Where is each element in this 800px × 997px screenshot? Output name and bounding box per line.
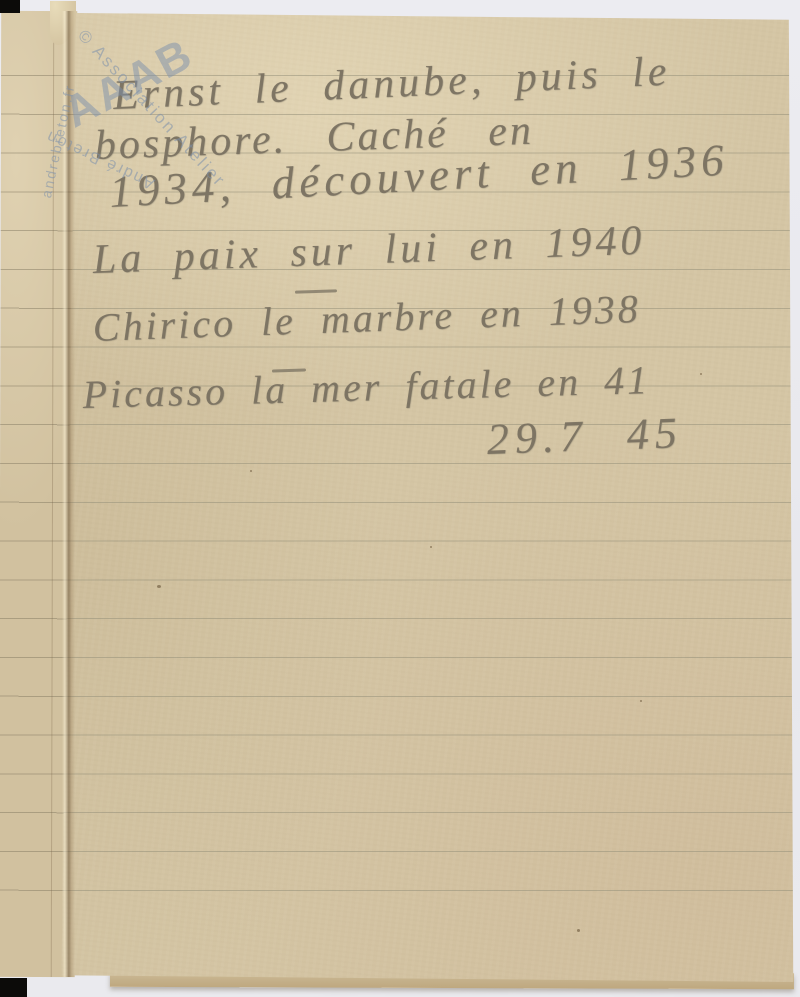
handwriting-line-5: Chirico le marbre en 1938 [92,285,641,351]
handwriting-line-6: Picasso la mer fatale en 41 [82,356,651,418]
scan-clip-top-left [0,0,20,13]
handwriting-line-1: Ernst le danube, puis le [112,48,671,120]
handwriting-layer: Ernst le danube, puis le bosphore. Caché… [0,0,800,997]
scan-clip-bottom-left [0,978,27,997]
overline-mark-marbre [295,289,337,293]
handwriting-line-7: 29.7 45 [486,407,684,465]
handwriting-line-4: La paix sur lui en 1940 [92,217,646,284]
scanned-notebook-page: Ernst le danube, puis le bosphore. Caché… [0,0,800,997]
